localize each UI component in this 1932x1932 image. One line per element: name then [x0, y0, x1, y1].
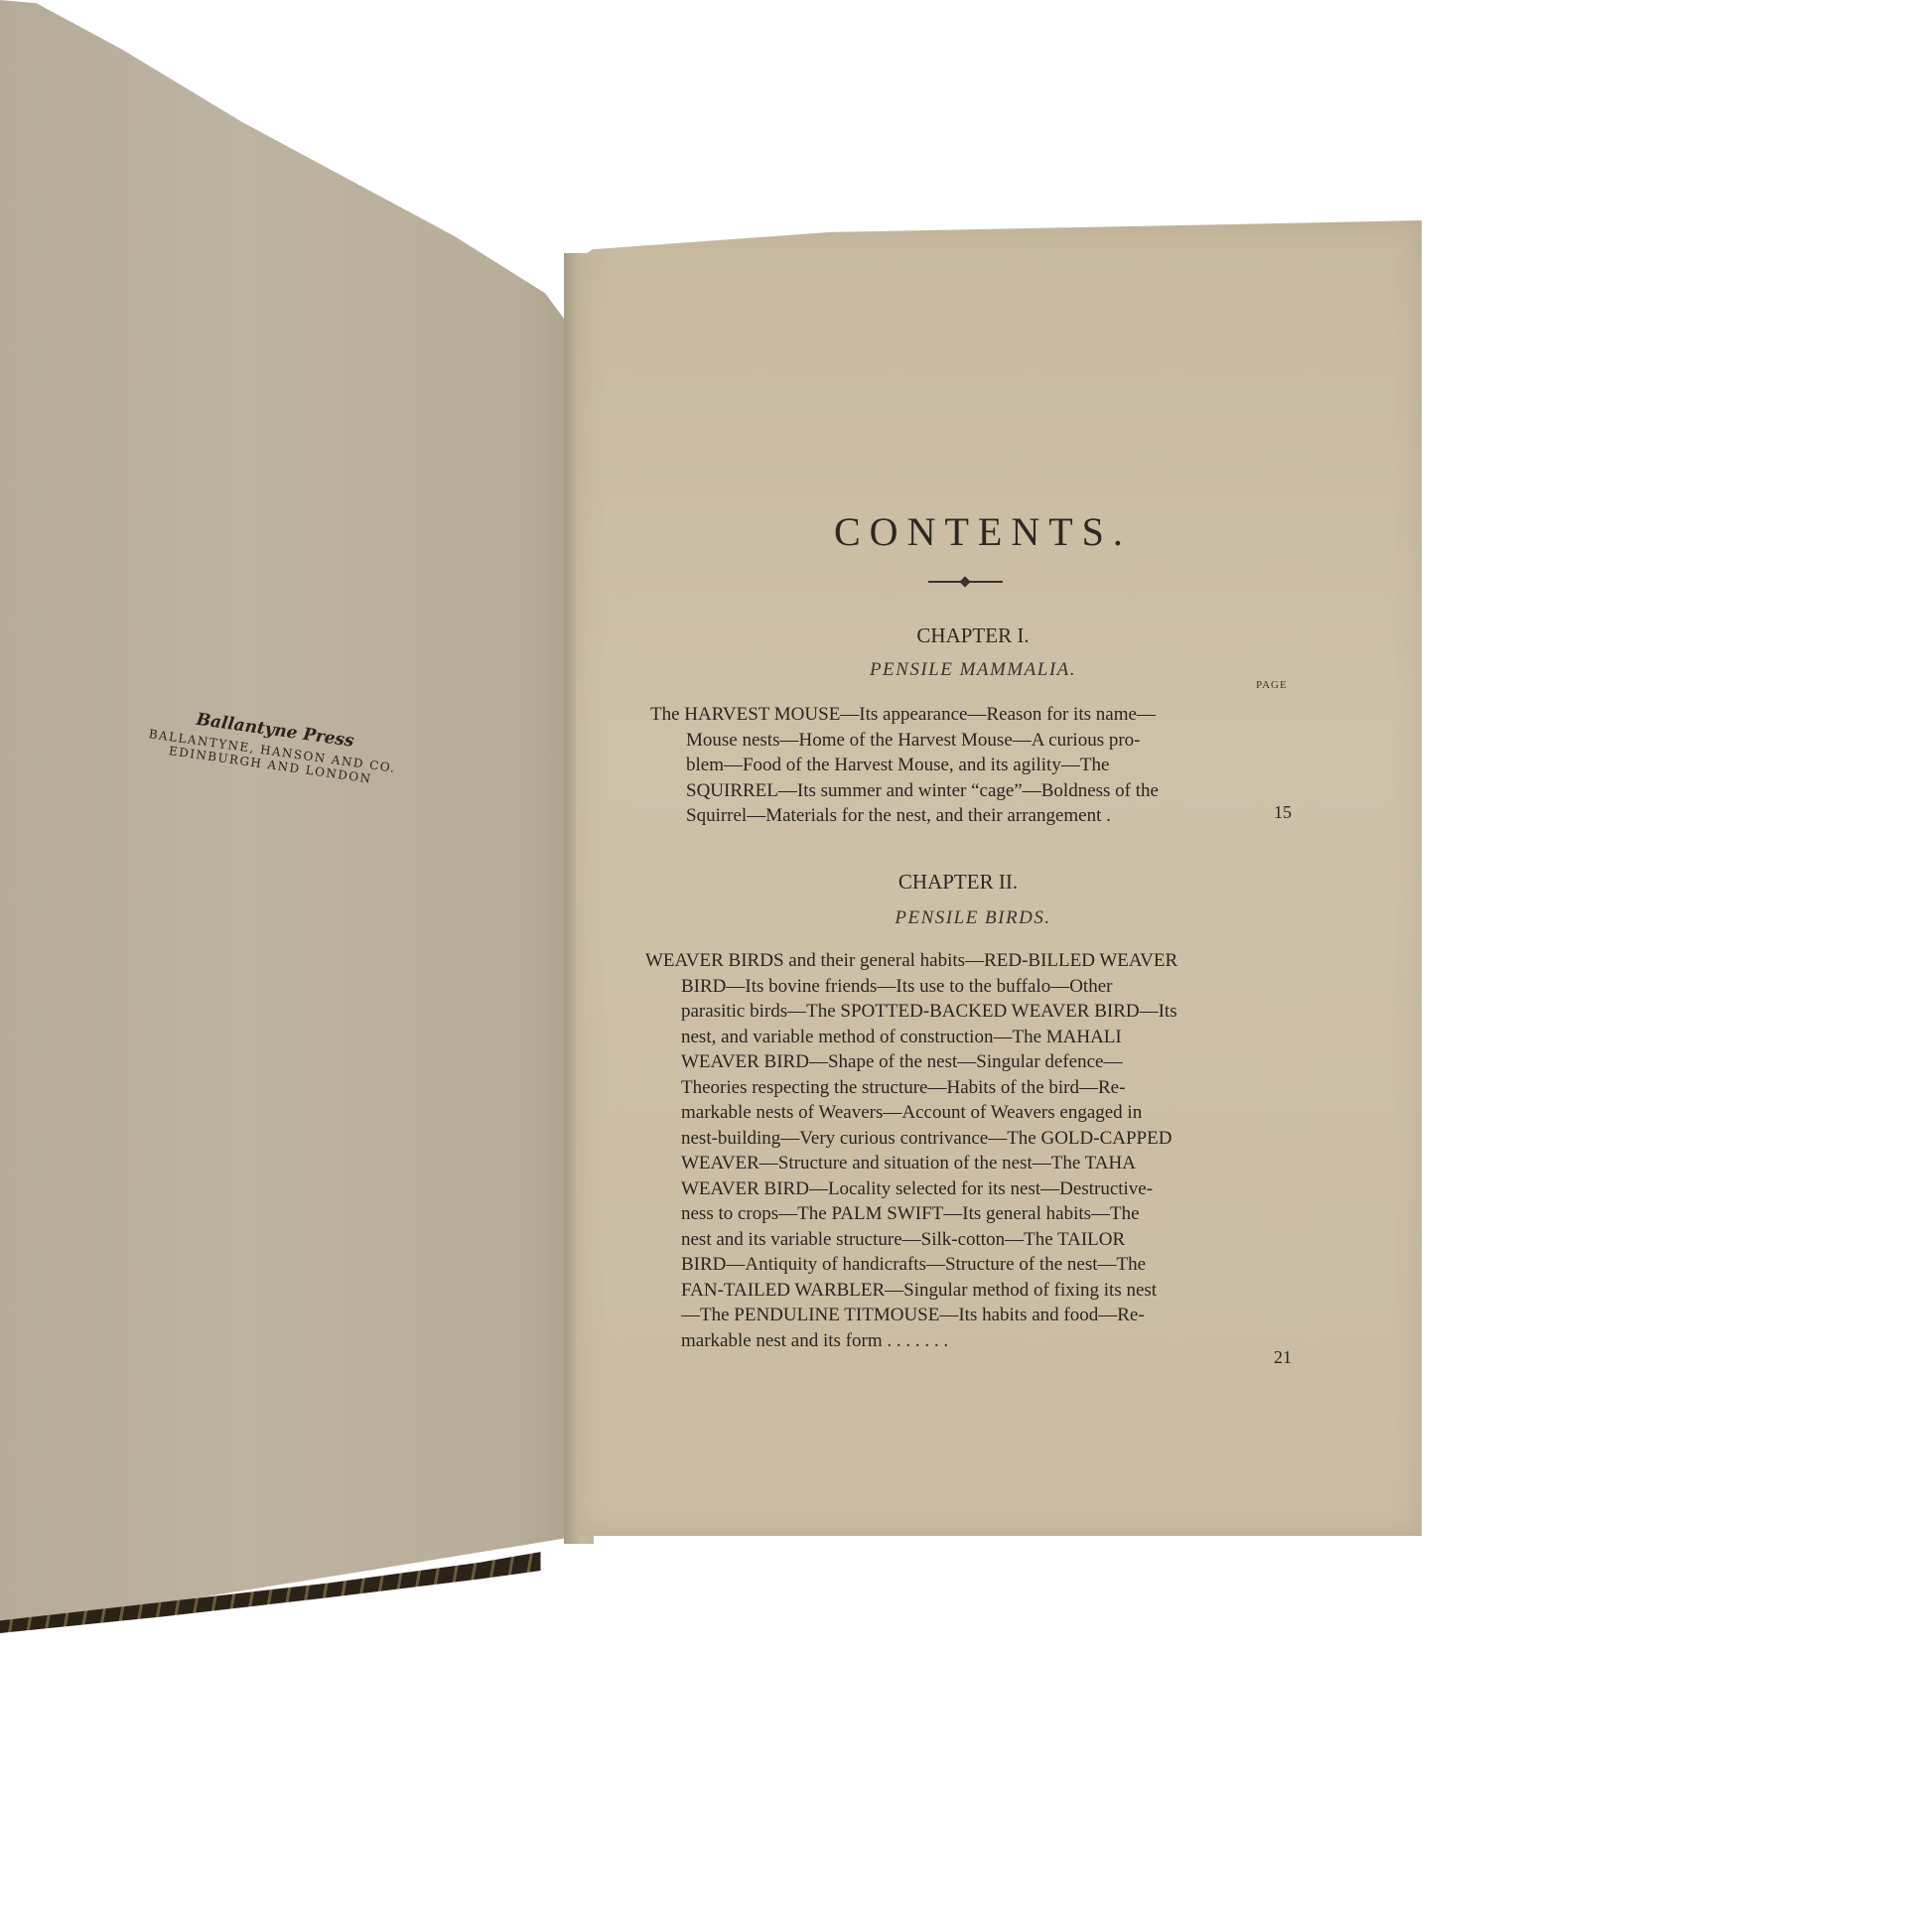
summary-line: Theories respecting the structure—Habits… — [645, 1075, 1256, 1101]
summary-line: blem—Food of the Harvest Mouse, and its … — [650, 753, 1256, 778]
page-column-label: PAGE — [1256, 679, 1288, 691]
chapter-2-subtitle: PENSILE BIRDS. — [824, 907, 1122, 929]
summary-line: WEAVER BIRD—Locality selected for its ne… — [645, 1176, 1256, 1202]
summary-line: BIRD—Its bovine friends—Its use to the b… — [645, 974, 1256, 1000]
summary-line: WEAVER—Structure and situation of the ne… — [645, 1151, 1256, 1176]
summary-line: WEAVER BIRDS and their general habits—RE… — [645, 948, 1256, 974]
chapter-2-summary: WEAVER BIRDS and their general habits—RE… — [645, 948, 1256, 1353]
summary-line: SQUIRREL—Its summer and winter “cage”—Bo… — [650, 778, 1256, 804]
summary-line: FAN-TAILED WARBLER—Singular method of fi… — [645, 1278, 1256, 1304]
summary-line: Mouse nests—Home of the Harvest Mouse—A … — [650, 728, 1256, 754]
chapter-1-subtitle: PENSILE MAMMALIA. — [824, 659, 1122, 681]
summary-line: nest and its variable structure—Silk-cot… — [645, 1227, 1256, 1253]
chapter-1-summary: The HARVEST MOUSE—Its appearance—Reason … — [650, 702, 1256, 829]
summary-line: The HARVEST MOUSE—Its appearance—Reason … — [650, 702, 1256, 728]
summary-line: ness to crops—The PALM SWIFT—Its general… — [645, 1201, 1256, 1227]
summary-line: markable nest and its form . . . . . . . — [645, 1328, 1256, 1354]
chapter-1-heading: CHAPTER I. — [874, 623, 1072, 648]
summary-line: WEAVER BIRD—Shape of the nest—Singular d… — [645, 1049, 1256, 1075]
summary-line: —The PENDULINE TITMOUSE—Its habits and f… — [645, 1303, 1256, 1328]
chapter-2-page-number: 21 — [1274, 1347, 1292, 1368]
summary-line: parasitic birds—The SPOTTED-BACKED WEAVE… — [645, 999, 1256, 1025]
summary-line: nest, and variable method of constructio… — [645, 1025, 1256, 1050]
page-title: CONTENTS. — [834, 508, 1122, 555]
left-page — [0, 0, 606, 1628]
summary-line: nest-building—Very curious contrivance—T… — [645, 1126, 1256, 1152]
ornament-divider — [928, 581, 1003, 583]
summary-line: markable nests of Weavers—Account of Wea… — [645, 1100, 1256, 1126]
summary-line: BIRD—Antiquity of handicrafts—Structure … — [645, 1252, 1256, 1278]
chapter-1-page-number: 15 — [1274, 802, 1292, 823]
chapter-2-heading: CHAPTER II. — [859, 870, 1057, 895]
summary-line: Squirrel—Materials for the nest, and the… — [650, 803, 1256, 829]
